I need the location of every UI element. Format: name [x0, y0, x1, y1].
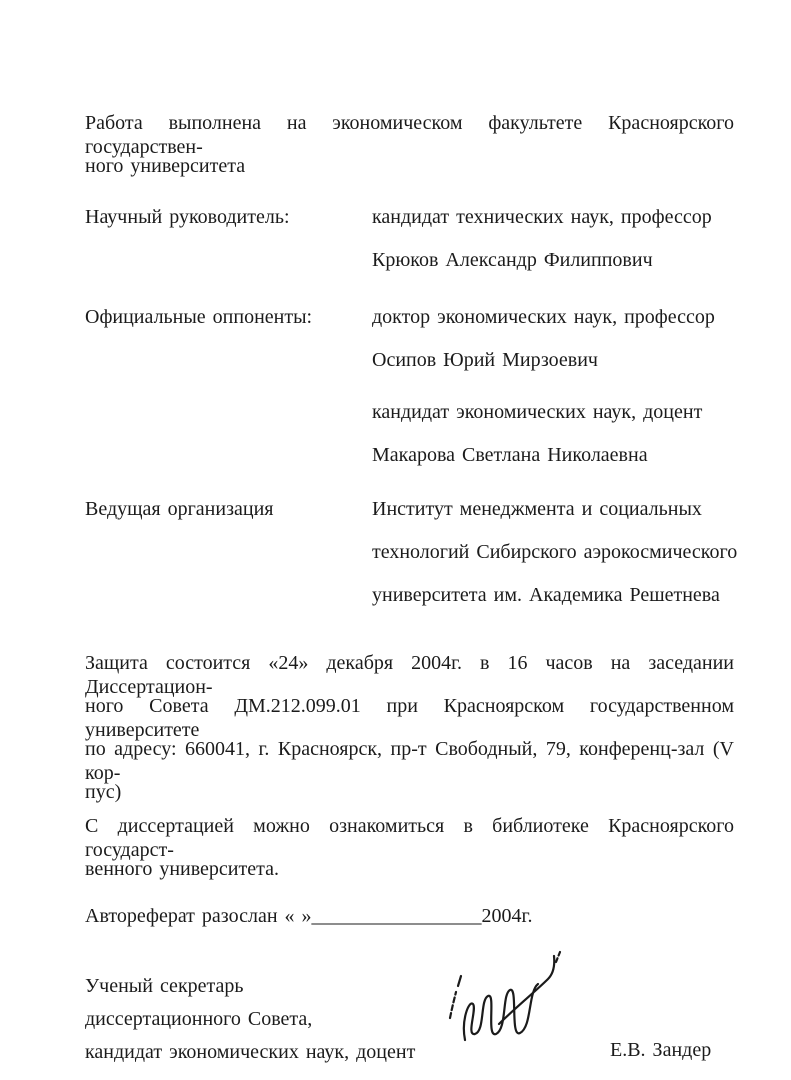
secretary-line: кандидат экономических наук, доцент	[85, 1040, 505, 1064]
leading-org-line: технологий Сибирского аэрокосмического	[372, 540, 734, 564]
defense-line: ного Совета ДМ.212.099.01 при Красноярск…	[85, 694, 734, 742]
opponents-label: Официальные оппоненты:	[85, 305, 372, 329]
intro-line: ного университета	[85, 154, 734, 178]
leading-org-label: Ведущая организация	[85, 497, 372, 521]
intro-line: Работа выполнена на экономическом факуль…	[85, 111, 734, 159]
leading-org-line: Институт менеджмента и социальных	[372, 497, 734, 521]
supervisor-label: Научный руководитель:	[85, 205, 372, 229]
signer-name: Е.В. Зандер	[610, 1038, 740, 1062]
defense-line: Защита состоится «24» декабря 2004г. в 1…	[85, 651, 734, 699]
signature-scribble-icon	[443, 948, 573, 1046]
supervisor-value-line: Крюков Александр Филиппович	[372, 248, 734, 272]
document-page: Работа выполнена на экономическом факуль…	[0, 0, 791, 1080]
defense-line: по адресу: 660041, г. Красноярск, пр-т С…	[85, 737, 734, 785]
distribution-suffix: 2004г.	[482, 905, 533, 927]
distribution-blank: _________________	[312, 905, 482, 927]
secretary-line: диссертационного Совета,	[85, 1007, 505, 1031]
opponent-second-line: Макарова Светлана Николаевна	[372, 443, 734, 467]
opponent-second-line: кандидат экономических наук, доцент	[372, 400, 734, 424]
distribution-line: Автореферат разослан « »________________…	[85, 904, 734, 928]
library-line: С диссертацией можно ознакомиться в библ…	[85, 814, 734, 862]
distribution-prefix: Автореферат разослан « »	[85, 905, 312, 927]
opponent-first-line: Осипов Юрий Мирзоевич	[372, 348, 734, 372]
opponent-first-line: доктор экономических наук, профессор	[372, 305, 734, 329]
secretary-line: Ученый секретарь	[85, 974, 505, 998]
supervisor-value-line: кандидат технических наук, профессор	[372, 205, 734, 229]
defense-line: пус)	[85, 780, 734, 804]
leading-org-line: университета им. Академика Решетнева	[372, 583, 734, 607]
library-line: венного университета.	[85, 857, 734, 881]
